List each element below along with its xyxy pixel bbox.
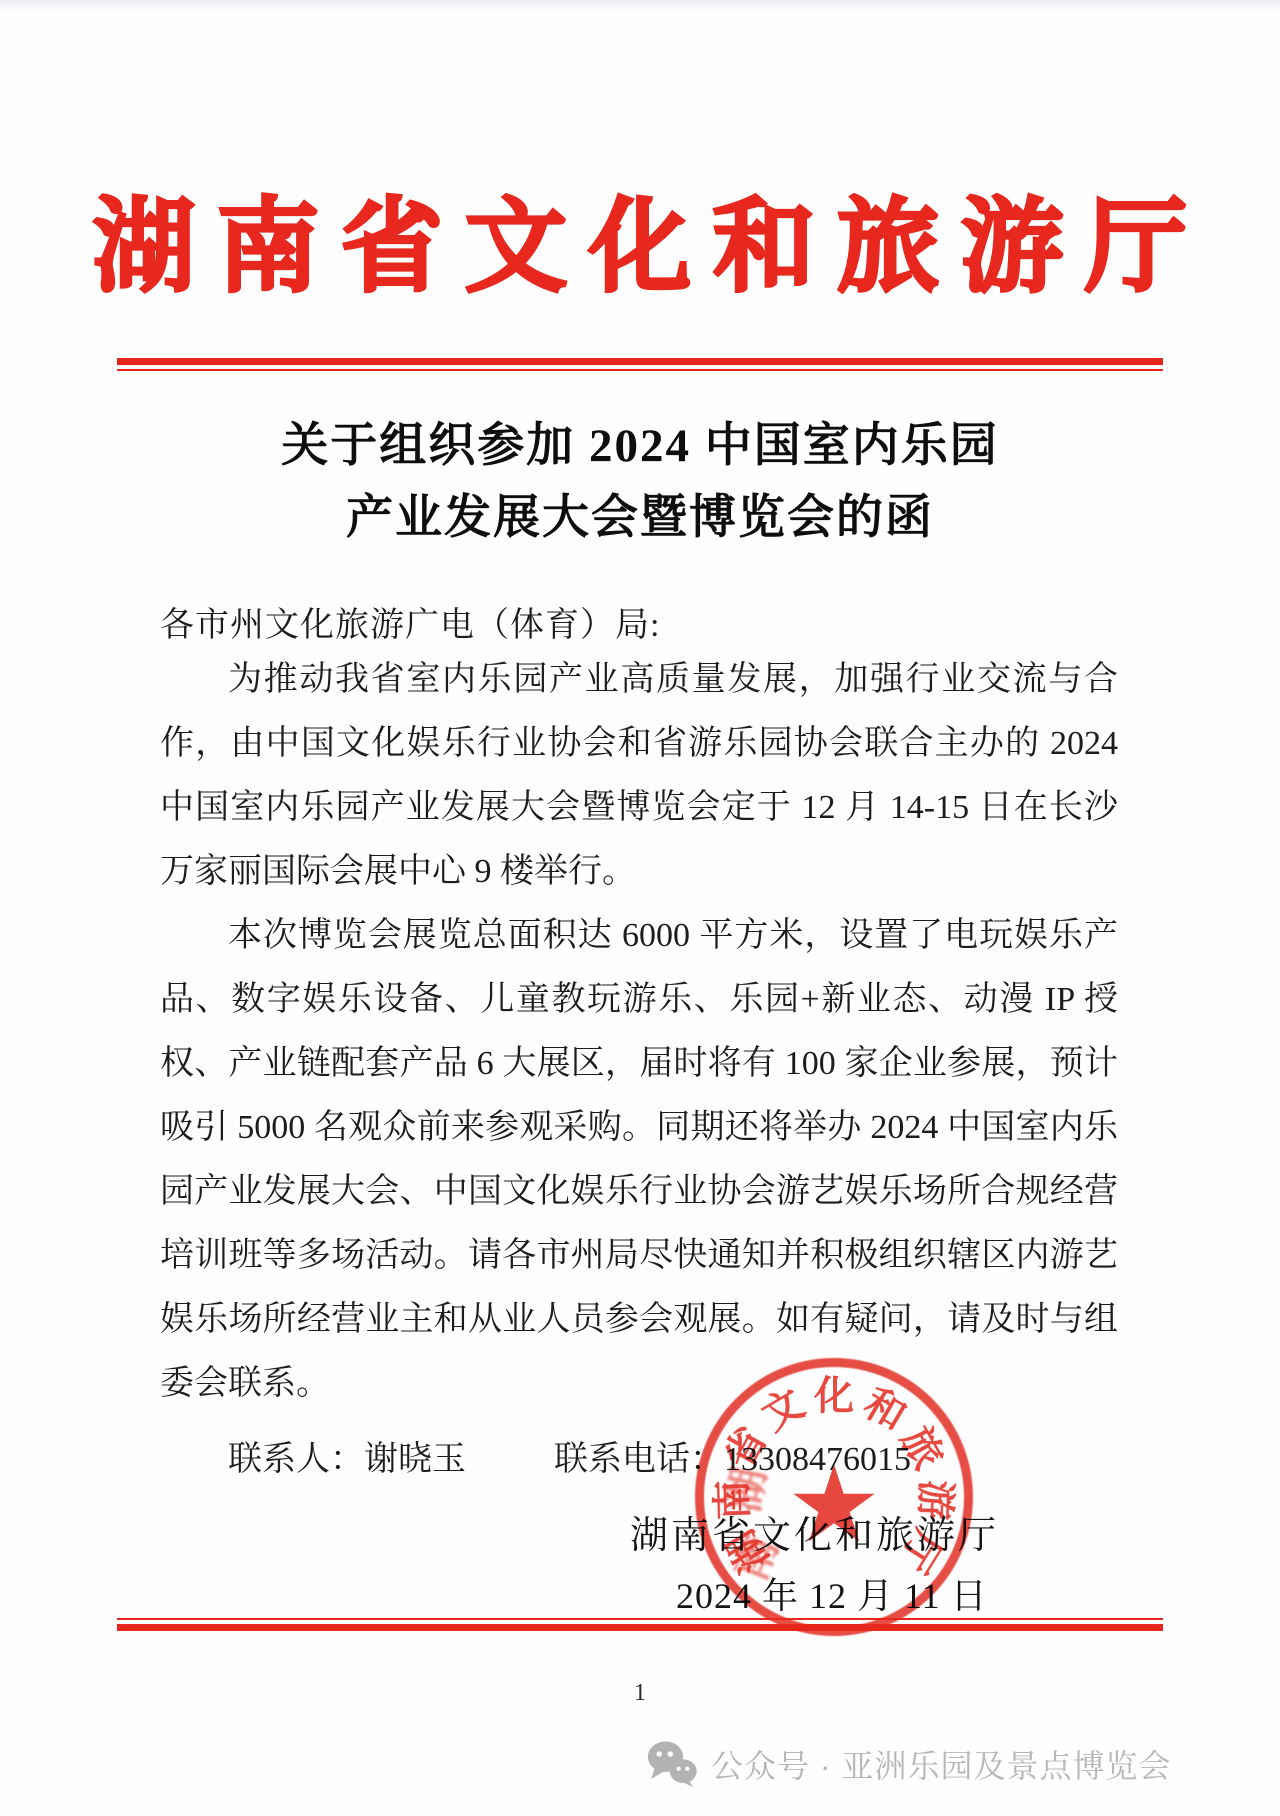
signature-agency: 湖南省文化和旅游厅 — [630, 1504, 999, 1559]
wechat-icon — [646, 1740, 698, 1788]
phone-label: 联系电话： — [554, 1441, 724, 1478]
document-title-line1: 关于组织参加 2024 中国室内乐园 — [0, 410, 1280, 482]
letterhead-agency-name: 湖南省文化和旅游厅 — [0, 166, 1280, 312]
letterhead-divider-line — [117, 358, 1163, 371]
contact-name: 谢晓玉 — [364, 1441, 466, 1478]
document-title-line2: 产业发展大会暨博览会的函 — [0, 482, 1280, 554]
document-title: 关于组织参加 2024 中国室内乐园 产业发展大会暨博览会的函 — [0, 410, 1280, 554]
scan-edge-artifact — [0, 0, 1280, 12]
page-number: 1 — [0, 1680, 1280, 1707]
letter-body: 为推动我省室内乐园产业高质量发展，加强行业交流与合作，由中国文化娱乐行业协会和省… — [160, 648, 1118, 1416]
watermark-footer: 公众号 · 亚洲乐园及景点博览会 — [646, 1740, 1171, 1788]
signature-date: 2024 年 12 月 11 日 — [676, 1568, 988, 1619]
paragraph-2: 本次博览会展览总面积达 6000 平方米，设置了电玩娱乐产品、数字娱乐设备、儿童… — [160, 904, 1118, 1416]
contact-line: 联系人：谢晓玉联系电话：13308476015 — [228, 1428, 911, 1492]
contact-label: 联系人： — [228, 1441, 364, 1478]
paragraph-1: 为推动我省室内乐园产业高质量发展，加强行业交流与合作，由中国文化娱乐行业协会和省… — [160, 648, 1118, 904]
phone-number: 13308476015 — [724, 1441, 911, 1478]
salutation: 各市州文化旅游广电（体育）局: — [160, 597, 660, 646]
watermark-label: 公众号 · 亚洲乐园及景点博览会 — [711, 1741, 1171, 1787]
footer-divider-line — [117, 1618, 1163, 1631]
document-page: 湖南省文化和旅游厅 关于组织参加 2024 中国室内乐园 产业发展大会暨博览会的… — [0, 0, 1280, 1816]
